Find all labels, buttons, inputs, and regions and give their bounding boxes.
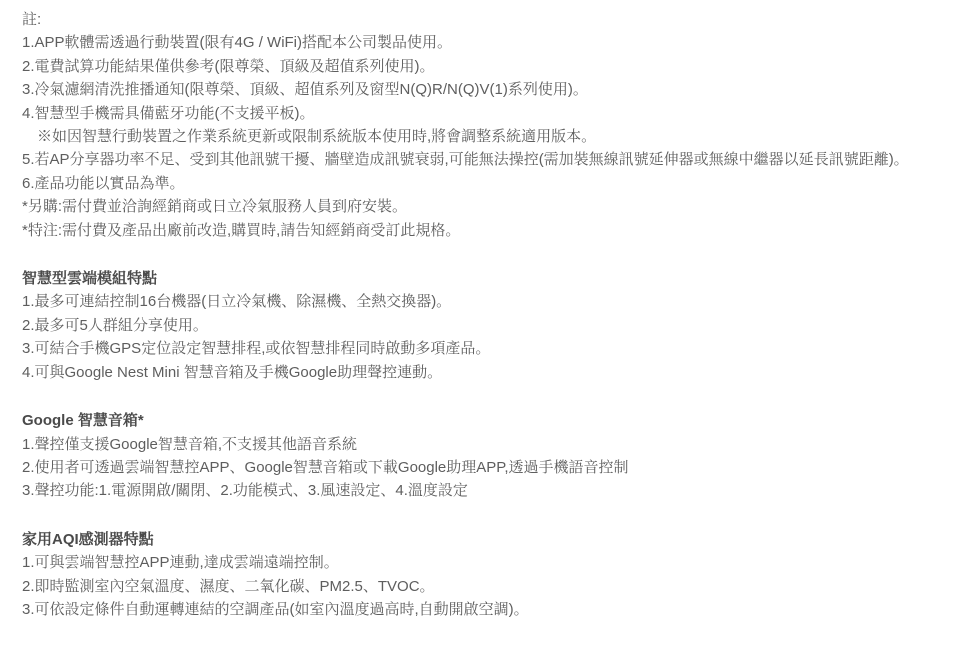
note-line-special-remark: *特注:需付費及產品出廠前改造,購買時,請告知經銷商受訂此規格。: [22, 219, 947, 242]
feature-line: 1.可與雲端智慧控APP連動,達成雲端遠端控制。: [22, 551, 947, 574]
section-title-general-notes: 註:: [22, 8, 947, 31]
section-title-google-speaker: Google 智慧音箱*: [22, 409, 947, 432]
section-title-smart-cloud-module: 智慧型雲端模組特點: [22, 267, 947, 290]
section-general-notes: 註: 1.APP軟體需透過行動裝置(限有4G / WiFi)搭配本公司製品使用。…: [22, 8, 947, 242]
section-title-home-aqi-sensor: 家用AQI感測器特點: [22, 528, 947, 551]
note-line: 1.APP軟體需透過行動裝置(限有4G / WiFi)搭配本公司製品使用。: [22, 31, 947, 54]
note-line: 3.冷氣濾網清洗推播通知(限尊榮、頂級、超值系列及窗型N(Q)R/N(Q)V(1…: [22, 78, 947, 101]
section-home-aqi-sensor: 家用AQI感測器特點 1.可與雲端智慧控APP連動,達成雲端遠端控制。 2.即時…: [22, 528, 947, 622]
product-notes-document: 註: 1.APP軟體需透過行動裝置(限有4G / WiFi)搭配本公司製品使用。…: [0, 0, 957, 631]
feature-line: 2.即時監測室內空氣溫度、濕度、二氧化碳、PM2.5、TVOC。: [22, 575, 947, 598]
note-line: 2.電費試算功能結果僅供參考(限尊榮、頂級及超值系列使用)。: [22, 55, 947, 78]
feature-line: 3.可結合手機GPS定位設定智慧排程,或依智慧排程同時啟動多項產品。: [22, 337, 947, 360]
note-line: 6.產品功能以實品為準。: [22, 172, 947, 195]
feature-line: 2.使用者可透過雲端智慧控APP、Google智慧音箱或下載Google助理AP…: [22, 456, 947, 479]
feature-line: 2.最多可5人群組分享使用。: [22, 314, 947, 337]
note-line: 5.若AP分享器功率不足、受到其他訊號干擾、牆壁造成訊號衰弱,可能無法操控(需加…: [22, 148, 947, 171]
section-smart-cloud-module: 智慧型雲端模組特點 1.最多可連結控制16台機器(日立冷氣機、除濕機、全熱交換器…: [22, 267, 947, 384]
note-line-purchase-remark: *另購:需付費並洽詢經銷商或日立冷氣服務人員到府安裝。: [22, 195, 947, 218]
note-line-system-remark: ※如因智慧行動裝置之作業系統更新或限制系統版本使用時,將會調整系統適用版本。: [22, 125, 947, 148]
feature-line: 1.最多可連結控制16台機器(日立冷氣機、除濕機、全熱交換器)。: [22, 290, 947, 313]
feature-line: 1.聲控僅支援Google智慧音箱,不支援其他語音系統: [22, 433, 947, 456]
feature-line: 3.可依設定條件自動運轉連結的空調產品(如室內溫度過高時,自動開啟空調)。: [22, 598, 947, 621]
feature-line: 3.聲控功能:1.電源開啟/關閉、2.功能模式、3.風速設定、4.溫度設定: [22, 479, 947, 502]
feature-line: 4.可與Google Nest Mini 智慧音箱及手機Google助理聲控連動…: [22, 361, 947, 384]
section-google-speaker: Google 智慧音箱* 1.聲控僅支援Google智慧音箱,不支援其他語音系統…: [22, 409, 947, 503]
note-line: 4.智慧型手機需具備藍牙功能(不支援平板)。: [22, 102, 947, 125]
